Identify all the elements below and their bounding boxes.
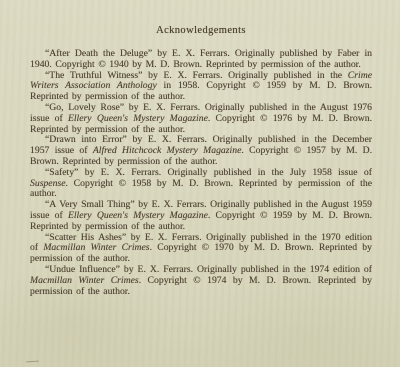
page-title: Acknowledgements (30, 25, 372, 36)
work-title-italic: Macmillan Winter Crimes (30, 275, 139, 286)
acknowledgement-paragraph: “After Death the Deluge” by E. X. Ferrar… (30, 49, 372, 71)
work-title-italic: Macmillan Winter Crimes (43, 242, 149, 253)
work-title-italic: Suspense (30, 178, 66, 189)
acknowledgement-paragraph: “Undue Influence” by E. X. Ferrars. Orig… (30, 265, 372, 297)
acknowledgement-paragraph: “Drawn into Error” by E. X. Ferrars. Ori… (30, 135, 372, 167)
acknowledgements-text: “After Death the Deluge” by E. X. Ferrar… (30, 49, 372, 297)
scanned-book-page: Acknowledgements “After Death the Deluge… (0, 0, 400, 367)
paragraph-text: “After Death the Deluge” by E. X. Ferrar… (30, 48, 372, 70)
page-text-area: Acknowledgements “After Death the Deluge… (0, 0, 400, 367)
acknowledgement-paragraph: “Safety” by E. X. Ferrars. Originally pu… (30, 168, 372, 200)
paragraph-text: . Copyright © 1958 by M. D. Brown. Repri… (30, 178, 372, 200)
acknowledgement-paragraph: “Scatter His Ashes” by E. X. Ferrars. Or… (30, 233, 372, 265)
acknowledgement-paragraph: “The Truthful Witness” by E. X. Ferrars.… (30, 71, 372, 103)
acknowledgement-paragraph: “A Very Small Thing” by E. X. Ferrars. O… (30, 200, 372, 232)
paragraph-text: “Undue Influence” by E. X. Ferrars. Orig… (45, 264, 372, 275)
work-title-italic: Alfred Hitchcock Mystery Magazine (93, 145, 242, 156)
paragraph-text: “Safety” by E. X. Ferrars. Originally pu… (45, 167, 372, 178)
work-title-italic: Ellery Queen's Mystery Magazine (68, 113, 208, 124)
paragraph-text: “The Truthful Witness” by E. X. Ferrars.… (45, 70, 348, 81)
acknowledgement-paragraph: “Go, Lovely Rose” by E. X. Ferrars. Orig… (30, 103, 372, 135)
work-title-italic: Ellery Queen's Mystery Magazine (68, 210, 208, 221)
